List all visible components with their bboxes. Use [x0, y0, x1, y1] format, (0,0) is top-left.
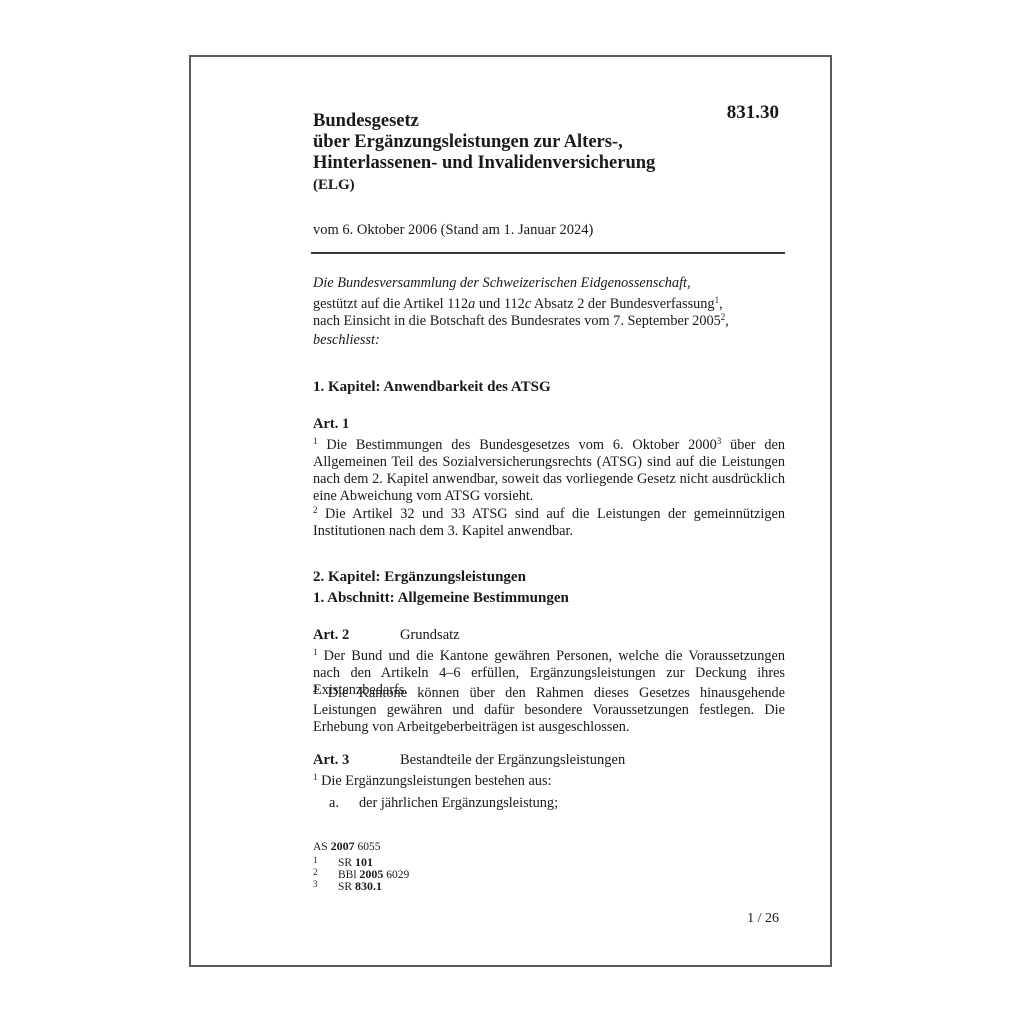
- page-number: 1 / 26: [747, 911, 779, 927]
- text: ,: [719, 296, 723, 312]
- footnote: 3SR 830.1: [313, 878, 382, 893]
- text: Die Bestimmungen des Bundesgesetzes vom …: [318, 437, 717, 453]
- text: SR: [338, 881, 355, 893]
- article-2-header: Art. 2Grundsatz: [313, 627, 713, 644]
- chapter-1-heading: 1. Kapitel: Anwendbarkeit des ATSG: [313, 379, 551, 396]
- as-reference: AS 2007 6055: [313, 840, 380, 853]
- preamble-basis: gestützt auf die Artikel 112a und 112c A…: [313, 296, 785, 313]
- article-3-title: Bestandteile der Ergänzungsleistungen: [400, 752, 625, 769]
- footnote-number: 3: [313, 878, 338, 890]
- text: ,: [725, 313, 729, 329]
- article-3-header: Art. 3Bestandteile der Ergänzungsleistun…: [313, 752, 713, 769]
- list-item: a.der jährlichen Ergänzungsleistung;: [313, 795, 558, 812]
- article-1-label: Art. 1: [313, 416, 349, 433]
- section-1-heading: 1. Abschnitt: Allgemeine Bestimmungen: [313, 590, 569, 607]
- title-line: Hinterlassenen- und Invalidenversicherun…: [313, 153, 655, 174]
- article-3-label: Art. 3: [313, 752, 349, 768]
- list-item-text: der jährlichen Ergänzungsleistung;: [359, 795, 558, 811]
- preamble-message: nach Einsicht in die Botschaft des Bunde…: [313, 313, 785, 330]
- list-item-label: a.: [313, 795, 359, 812]
- law-abbreviation: (ELG): [313, 177, 355, 194]
- text: 6029: [383, 869, 409, 881]
- sr-number: 831.30: [727, 102, 779, 124]
- article-1-para-2: 2 Die Artikel 32 und 33 ATSG sind auf di…: [313, 506, 785, 540]
- text: gestützt auf die Artikel 112: [313, 296, 468, 312]
- text: AS: [313, 841, 331, 853]
- text: 2007: [331, 839, 355, 853]
- title-line: über Ergänzungsleistungen zur Alters-,: [313, 132, 655, 153]
- text: Die Ergänzungsleistungen bestehen aus:: [318, 773, 552, 789]
- text: nach Einsicht in die Botschaft des Bunde…: [313, 313, 721, 329]
- title-line: Bundesgesetz: [313, 111, 655, 132]
- footnote-number: 2: [313, 866, 338, 878]
- text: Absatz 2 der Bundesverfassung: [531, 296, 714, 312]
- law-title: Bundesgesetz über Ergänzungsleistungen z…: [313, 111, 655, 174]
- document-page: 831.30 Bundesgesetz über Ergänzungsleist…: [189, 55, 832, 967]
- text: und 112: [475, 296, 525, 312]
- text: Die Kantone können über den Rahmen diese…: [313, 685, 785, 735]
- title-rule: [311, 252, 785, 254]
- text: 6055: [355, 841, 381, 853]
- preamble-authority: Die Bundesversammlung der Schweizerische…: [313, 275, 785, 292]
- text: 830.1: [355, 879, 382, 893]
- article-2-para-2: 2 Die Kantone können über den Rahmen die…: [313, 685, 785, 736]
- preamble-decides: beschliesst:: [313, 332, 785, 349]
- article-2-title: Grundsatz: [400, 627, 460, 644]
- article-2-label: Art. 2: [313, 627, 349, 643]
- article-1-para-1: 1 Die Bestimmungen des Bundesgesetzes vo…: [313, 437, 785, 505]
- text: Die Artikel 32 und 33 ATSG sind auf die …: [313, 506, 785, 539]
- footnote-number: 1: [313, 854, 338, 866]
- date-line: vom 6. Oktober 2006 (Stand am 1. Januar …: [313, 222, 593, 239]
- chapter-2-heading: 2. Kapitel: Ergänzungsleistungen: [313, 569, 526, 586]
- article-3-para-1: 1 Die Ergänzungsleistungen bestehen aus:: [313, 773, 785, 790]
